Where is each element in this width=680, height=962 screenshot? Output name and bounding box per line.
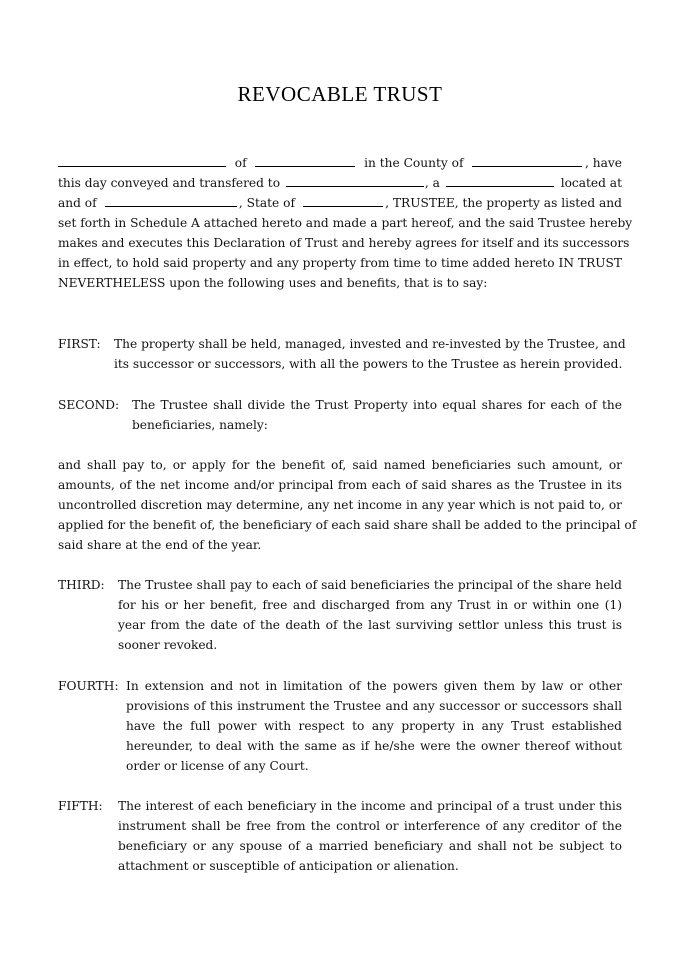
- county-blank[interactable]: [472, 153, 582, 167]
- clause-line: order or license of any Court.: [126, 756, 622, 776]
- text: this day conveyed and transfered to: [58, 173, 280, 193]
- clause-line: attachment or susceptible of anticipatio…: [118, 856, 622, 876]
- clause-third: THIRD: The Trustee shall pay to each of …: [58, 575, 622, 655]
- clause-body: The Trustee shall divide the Trust Prope…: [132, 395, 622, 435]
- clause-line: provisions of this instrument the Truste…: [126, 696, 622, 716]
- intro-line-3: and of , State of , TRUSTEE, the propert…: [58, 193, 622, 213]
- intro-text-line: set forth in Schedule A attached hereto …: [58, 213, 622, 233]
- text: in the County of: [364, 153, 463, 173]
- middle-line: said share at the end of the year.: [58, 535, 622, 555]
- clause-line: year from the date of the death of the l…: [118, 615, 622, 635]
- text: , TRUSTEE, the property as listed and: [385, 193, 622, 213]
- clause-label: FIFTH:: [58, 796, 103, 816]
- clause-line: sooner revoked.: [118, 635, 622, 655]
- text: and of: [58, 193, 97, 213]
- clause-line: beneficiaries, namely:: [132, 415, 622, 435]
- middle-line: uncontrolled discretion may determine, a…: [58, 495, 622, 515]
- clause-body: The interest of each beneficiary in the …: [118, 796, 622, 876]
- city-blank[interactable]: [105, 193, 237, 207]
- clause-line: The property shall be held, managed, inv…: [114, 334, 622, 354]
- clause-line: for his or her benefit, free and dischar…: [118, 595, 622, 615]
- clause-second: SECOND: The Trustee shall divide the Tru…: [58, 395, 622, 435]
- intro-text-line: NEVERTHELESS upon the following uses and…: [58, 273, 622, 293]
- middle-line: and shall pay to, or apply for the benef…: [58, 455, 622, 475]
- intro-paragraph: of in the County of , have this day conv…: [58, 153, 622, 293]
- trustee-name-blank[interactable]: [286, 173, 424, 187]
- intro-line-2: this day conveyed and transfered to , a …: [58, 173, 622, 193]
- clause-line: beneficiary or any spouse of a married b…: [118, 836, 622, 856]
- text: located at: [561, 173, 622, 193]
- clause-line: hereunder, to deal with the same as if h…: [126, 736, 622, 756]
- middle-paragraph: and shall pay to, or apply for the benef…: [58, 455, 622, 555]
- text: , State of: [239, 193, 295, 213]
- document-title: REVOCABLE TRUST: [0, 82, 680, 107]
- clause-line: its successor or successors, with all th…: [114, 354, 622, 374]
- clause-fourth: FOURTH: In extension and not in limitati…: [58, 676, 622, 776]
- clause-first: FIRST: The property shall be held, manag…: [58, 334, 622, 374]
- clause-label: FIRST:: [58, 334, 101, 354]
- state-blank[interactable]: [303, 193, 383, 207]
- text: , a: [425, 173, 440, 193]
- middle-line: applied for the benefit of, the benefici…: [58, 515, 622, 535]
- clause-line: instrument shall be free from the contro…: [118, 816, 622, 836]
- clause-body: The property shall be held, managed, inv…: [114, 334, 622, 374]
- clause-line: The Trustee shall pay to each of said be…: [118, 575, 622, 595]
- clause-line: The interest of each beneficiary in the …: [118, 796, 622, 816]
- text: , have: [585, 153, 622, 173]
- clause-line: The Trustee shall divide the Trust Prope…: [132, 395, 622, 415]
- clause-line: In extension and not in limitation of th…: [126, 676, 622, 696]
- clause-label: SECOND:: [58, 395, 119, 415]
- clause-body: In extension and not in limitation of th…: [126, 676, 622, 776]
- text: of: [235, 153, 247, 173]
- grantor-address-blank[interactable]: [255, 153, 355, 167]
- intro-text-line: makes and executes this Declaration of T…: [58, 233, 622, 253]
- middle-line: amounts, of the net income and/or princi…: [58, 475, 622, 495]
- entity-type-blank[interactable]: [446, 173, 554, 187]
- clause-label: FOURTH:: [58, 676, 119, 696]
- clause-label: THIRD:: [58, 575, 105, 595]
- intro-line-1: of in the County of , have: [58, 153, 622, 173]
- intro-text-line: in effect, to hold said property and any…: [58, 253, 622, 273]
- grantor-name-blank[interactable]: [58, 153, 226, 167]
- clause-body: The Trustee shall pay to each of said be…: [118, 575, 622, 655]
- clause-line: have the full power with respect to any …: [126, 716, 622, 736]
- clause-fifth: FIFTH: The interest of each beneficiary …: [58, 796, 622, 876]
